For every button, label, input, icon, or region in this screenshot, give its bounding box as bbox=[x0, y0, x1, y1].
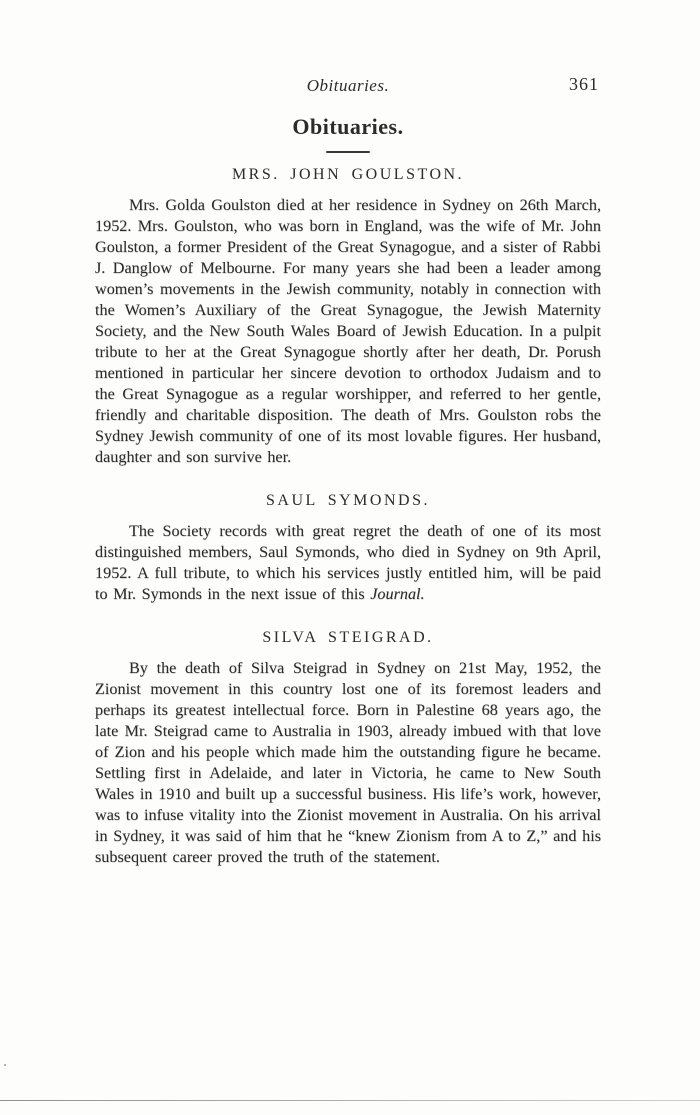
obituary-body-goulston: Mrs. Golda Goulston died at her residenc… bbox=[95, 195, 601, 468]
obituary-body-steigrad: By the death of Silva Steigrad in Sydney… bbox=[95, 658, 601, 868]
obituary-section-steigrad: SILVA STEIGRAD. By the death of Silva St… bbox=[95, 629, 601, 868]
obituary-heading-symonds: SAUL SYMONDS. bbox=[95, 492, 601, 510]
running-header-title: Obituaries. bbox=[307, 76, 389, 95]
scanned-page: Obituaries. 361 Obituaries. MRS. JOHN GO… bbox=[0, 0, 700, 1115]
running-header: Obituaries. 361 bbox=[95, 76, 601, 98]
bottom-scan-line bbox=[0, 1100, 700, 1101]
page-title: Obituaries. bbox=[95, 114, 601, 140]
page-number: 361 bbox=[569, 74, 599, 95]
scan-speck bbox=[4, 1064, 6, 1066]
obituary-section-goulston: MRS. JOHN GOULSTON. Mrs. Golda Goulston … bbox=[95, 166, 601, 468]
journal-italic-word: Journal. bbox=[370, 585, 424, 603]
obituary-heading-steigrad: SILVA STEIGRAD. bbox=[95, 629, 601, 647]
obituary-body-symonds-text: The Society records with great regret th… bbox=[95, 522, 601, 603]
title-rule bbox=[326, 151, 370, 153]
obituary-body-symonds: The Society records with great regret th… bbox=[95, 521, 601, 605]
text-block: Obituaries. 361 Obituaries. MRS. JOHN GO… bbox=[95, 0, 601, 868]
obituary-section-symonds: SAUL SYMONDS. The Society records with g… bbox=[95, 492, 601, 605]
obituary-heading-goulston: MRS. JOHN GOULSTON. bbox=[95, 166, 601, 184]
